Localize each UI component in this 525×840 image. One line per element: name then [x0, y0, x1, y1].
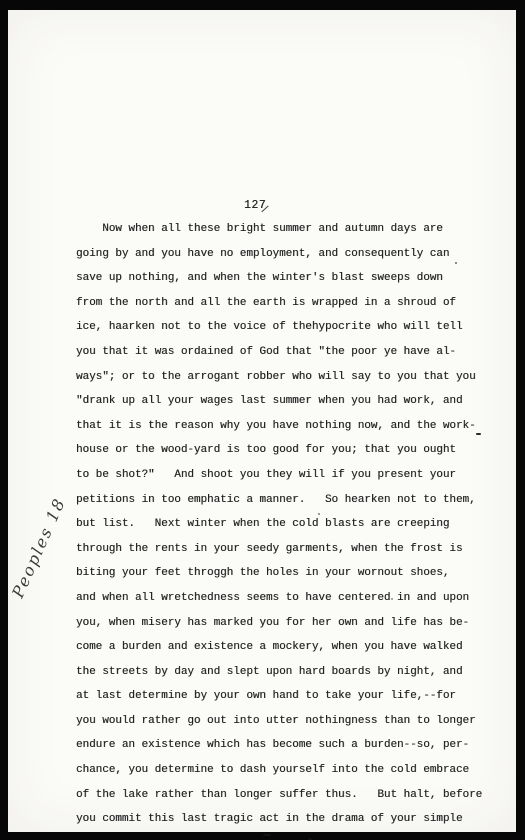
text-line: ways"; or to the arrogant robber who wil…	[76, 365, 496, 390]
text-line: come a burden and existence a mockery, w…	[76, 635, 496, 660]
text-line: save up nothing, and when the winter's b…	[76, 266, 496, 291]
scanned-document-page: 127 Now when all these bright summer and…	[0, 0, 525, 840]
text-line: you that it was ordained of God that "th…	[76, 340, 496, 365]
text-line: the streets by day and slept upon hard b…	[76, 660, 496, 685]
text-line: at last determine by your own hand to ta…	[76, 684, 496, 709]
text-line: you commit this last tragic act in the d…	[76, 807, 496, 832]
text-line: of the lake rather than longer suffer th…	[76, 783, 496, 808]
text-line: to be shot?" And shoot you they will if …	[76, 463, 496, 488]
page-number: 127	[244, 199, 266, 212]
text-line: but list. Next winter when the cold blas…	[76, 512, 496, 537]
typewritten-body: Now when all these bright summer and aut…	[76, 217, 496, 832]
text-line: you would rather go out into utter nothi…	[76, 709, 496, 734]
text-line: petitions in too emphatic a manner. So h…	[76, 488, 496, 513]
text-line: going by and you have no employment, and…	[76, 242, 496, 267]
scan-speck	[455, 262, 457, 264]
text-line: Now when all these bright summer and aut…	[76, 217, 496, 242]
text-line: that it is the reason why you have nothi…	[76, 414, 496, 439]
scan-speck	[263, 834, 271, 836]
text-line: house or the wood-yard is too good for y…	[76, 438, 496, 463]
text-line: and when all wretchedness seems to have …	[76, 586, 496, 611]
text-line: from the north and all the earth is wrap…	[76, 291, 496, 316]
manuscript-page: 127 Now when all these bright summer and…	[8, 10, 516, 832]
text-line: ice, haarken not to the voice of thehypo…	[76, 315, 496, 340]
scan-speck	[476, 433, 481, 435]
text-line: chance, you determine to dash yourself i…	[76, 758, 496, 783]
text-line: you, when misery has marked you for her …	[76, 611, 496, 636]
handwritten-margin-note: Peoples 18	[0, 471, 86, 628]
text-line: "drank up all your wages last summer whe…	[76, 389, 496, 414]
scan-speck	[318, 513, 320, 515]
text-line: through the rents in your seedy garments…	[76, 537, 496, 562]
scan-speck	[391, 598, 393, 600]
text-line: endure an existence which has become suc…	[76, 733, 496, 758]
text-line: biting your feet throggh the holes in yo…	[76, 561, 496, 586]
